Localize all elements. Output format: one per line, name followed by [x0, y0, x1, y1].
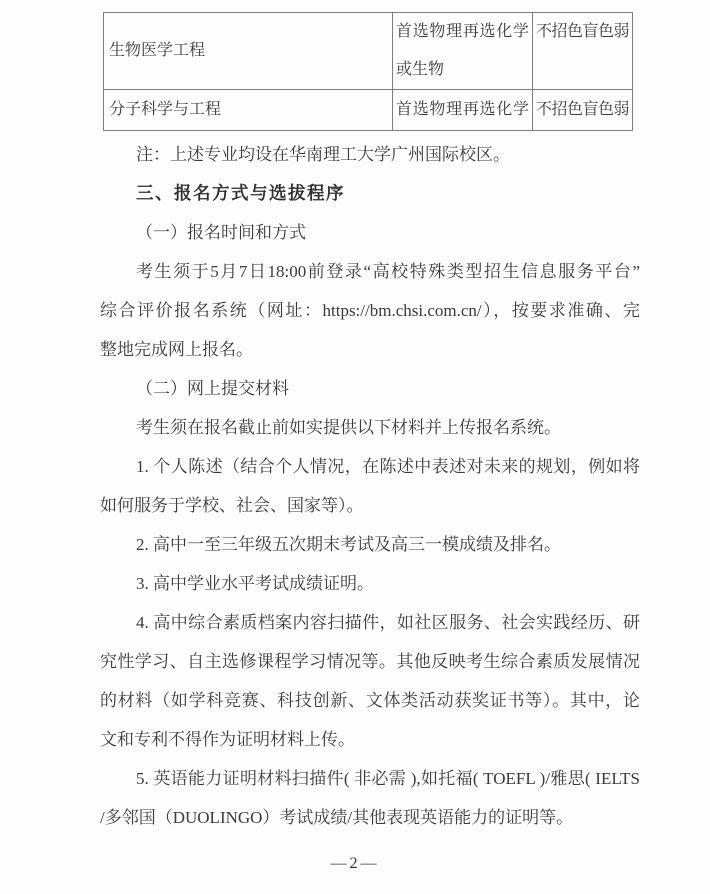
text-line: 整地完成网上报名。: [100, 330, 640, 369]
text-line: （二）网上提交材料: [100, 369, 640, 408]
majors-table: 生物医学工程首选物理再选化学或生物不招色盲色弱分子科学与工程首选物理再选化学不招…: [103, 12, 633, 131]
text-line: 5. 英语能力证明材料扫描件( 非必需 ),如托福( TOEFL )/雅思( I…: [100, 759, 640, 798]
body-requirement-cell: 不招色盲色弱: [533, 90, 633, 131]
subject-requirement-cell: 首选物理再选化学或生物: [393, 13, 533, 90]
document-page: 生物医学工程首选物理再选化学或生物不招色盲色弱分子科学与工程首选物理再选化学不招…: [0, 0, 710, 894]
text-line: 文和专利不得作为证明材料上传。: [100, 720, 640, 759]
table-row: 分子科学与工程首选物理再选化学不招色盲色弱: [104, 90, 633, 131]
majors-table-body: 生物医学工程首选物理再选化学或生物不招色盲色弱分子科学与工程首选物理再选化学不招…: [104, 13, 633, 131]
text-line: /多邻国（DUOLINGO）考试成绩/其他表现英语能力的证明等。: [100, 798, 640, 837]
document-body: 注：上述专业均设在华南理工大学广州国际校区。三、报名方式与选拔程序（一）报名时间…: [100, 135, 640, 837]
text-line: 究性学习、自主选修课程学习情况等。其他反映考生综合素质发展情况: [100, 642, 640, 681]
text-line: （一）报名时间和方式: [100, 213, 640, 252]
major-cell: 分子科学与工程: [104, 90, 393, 131]
table-row: 生物医学工程首选物理再选化学或生物不招色盲色弱: [104, 13, 633, 90]
text-line: 注：上述专业均设在华南理工大学广州国际校区。: [100, 135, 640, 174]
text-line: 4. 高中综合素质档案内容扫描件，如社区服务、社会实践经历、研: [100, 603, 640, 642]
text-line: 考生须在报名截止前如实提供以下材料并上传报名系统。: [100, 408, 640, 447]
text-line: 2. 高中一至三年级五次期末考试及高三一模成绩及排名。: [100, 525, 640, 564]
text-line: 1. 个人陈述（结合个人情况，在陈述中表述对未来的规划，例如将: [100, 447, 640, 486]
text-line: 的材料（如学科竞赛、科技创新、文体类活动获奖证书等）。其中，论: [100, 681, 640, 720]
page-number: —2—: [0, 855, 710, 873]
text-line: 考生须于5月7日18:00前登录“高校特殊类型招生信息服务平台”: [100, 252, 640, 291]
body-requirement-cell: 不招色盲色弱: [533, 13, 633, 90]
section-heading: 三、报名方式与选拔程序: [100, 174, 640, 213]
major-cell: 生物医学工程: [104, 13, 393, 90]
subject-requirement-cell: 首选物理再选化学: [393, 90, 533, 131]
text-line: 3. 高中学业水平考试成绩证明。: [100, 564, 640, 603]
text-line: 综合评价报名系统（网址：https://bm.chsi.com.cn/），按要求…: [100, 291, 640, 330]
text-line: 如何服务于学校、社会、国家等）。: [100, 486, 640, 525]
